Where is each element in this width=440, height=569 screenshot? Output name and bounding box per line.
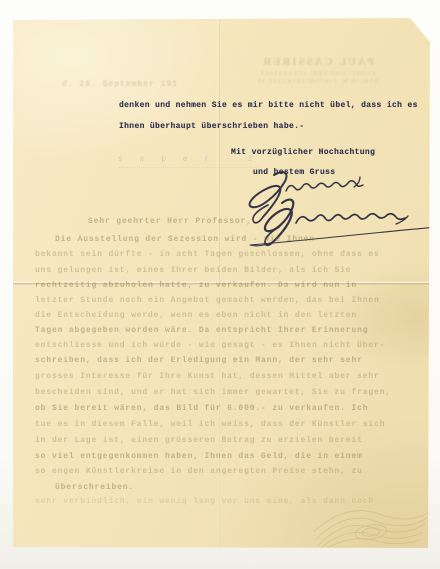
typed-line-2: Ihnen überhaupt überschrieben habe.- [119, 122, 304, 131]
photo-backdrop: PAUL CASSIRER KUNST- UND VERLAGSANSTALT … [0, 0, 440, 569]
bleed-line: rechtzeitig abzuholen hatte, zu verkaufe… [35, 281, 357, 290]
faint-letterhead-address: BERLIN W. VIKTORIASTRASSE 35 [250, 79, 385, 85]
bleed-salutation: Sehr geehrter Herr Professor, [88, 217, 252, 226]
faint-letterhead-name: PAUL CASSIRER [250, 56, 385, 68]
faint-letterhead: PAUL CASSIRER KUNST- UND VERLAGSANSTALT … [250, 56, 385, 85]
letter-paper: PAUL CASSIRER KUNST- UND VERLAGSANSTALT … [13, 18, 430, 548]
vertical-fold-crease-lower [217, 283, 220, 548]
bleed-line: bescheiden sind, und er hat sich immer g… [35, 388, 391, 397]
bleed-line: grosses Interesse für Ihre Kunst hat, de… [35, 372, 380, 381]
faint-date-line: d. 28. September 191 [62, 80, 178, 89]
bleed-line: letzter Stunde noch ein Angebot gemacht … [35, 296, 380, 305]
bleed-line: uns gelungen ist, eines Ihrer beiden Bil… [35, 266, 351, 275]
bleed-line: in der Lage ist, einen grösseren Betrag … [35, 436, 363, 445]
bleed-line: bekannt sein dürfte - in acht Tagen gesc… [35, 250, 380, 259]
embossed-rosette-pattern [313, 488, 430, 548]
bleed-line: schreiben, dass ich der Erledigung ein M… [35, 356, 363, 365]
signature-transcription-line1: Ihr ergebener [13, 18, 14, 19]
signature-transcription-line2: Ad. Soperan [13, 18, 14, 19]
bleed-line: Tagen abgegeben worden wäre. Da entspric… [35, 326, 368, 335]
typed-line-1: denken und nehmen Sie es mir bitte nicht… [119, 101, 418, 110]
faint-letterhead-subtitle: KUNST- UND VERLAGSANSTALT [250, 71, 385, 77]
bleed-line: so viel entgegenkommen haben, Ihnen das … [35, 452, 363, 461]
bleed-line: so engen Künstlerkreise in den angeregte… [35, 467, 363, 476]
bleed-line: entschliesse und ich würde - wie gesagt … [35, 341, 385, 350]
bleed-line: ob Sie bereit wären, das Bild für 6.000.… [35, 404, 368, 413]
bleed-line: die Entscheidung werde, wenn es eben nic… [35, 311, 357, 320]
bleed-line: Die Ausstellung der Sezession wird - wie… [55, 235, 315, 244]
bleed-line-short: überschreiben. [55, 483, 134, 492]
bleed-line: tue es in diesem Falle, weil ich weiss, … [35, 420, 385, 429]
